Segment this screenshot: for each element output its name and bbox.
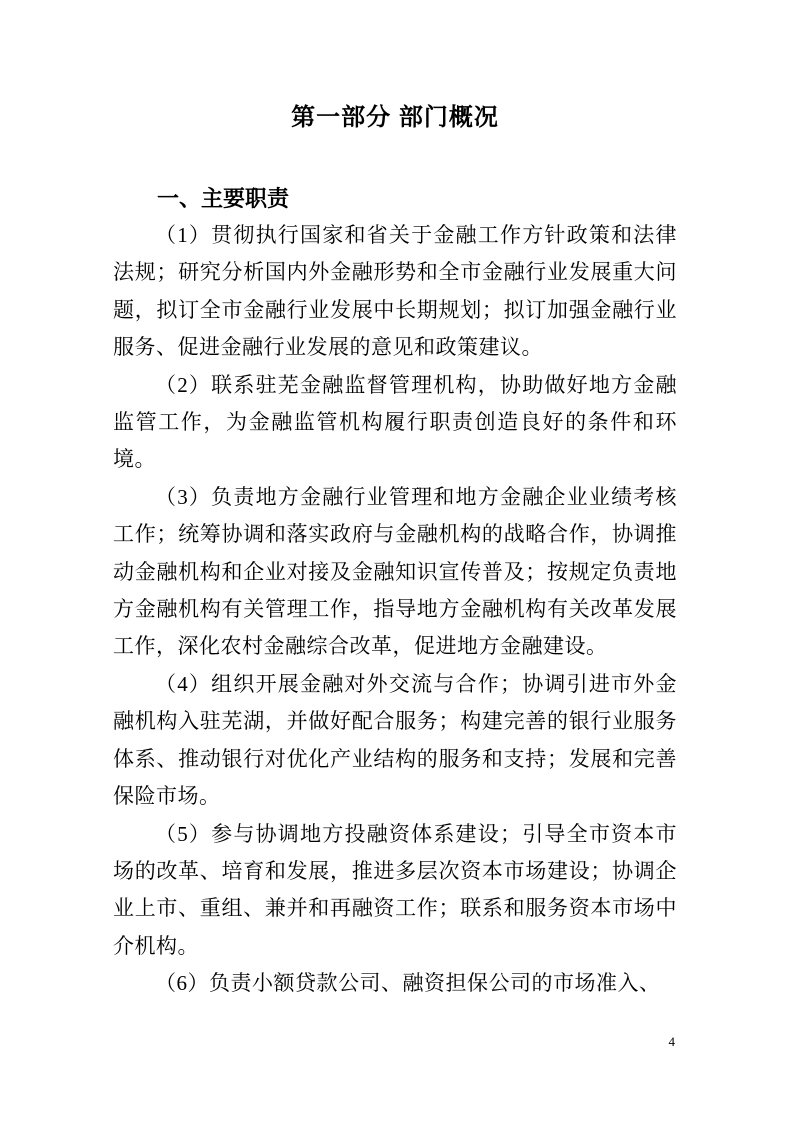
document-content: 第一部分 部门概况 一、主要职责 （1）贯彻执行国家和省关于金融工作方针政策和法…: [0, 0, 793, 1003]
section-heading-main-duties: 一、主要职责: [113, 180, 677, 217]
paragraph-duty-6: （6）负责小额贷款公司、融资担保公司的市场准入、: [113, 965, 677, 1002]
paragraph-duty-1: （1）贯彻执行国家和省关于金融工作方针政策和法律法规；研究分析国内外金融形势和全…: [113, 217, 677, 367]
document-page: 第一部分 部门概况 一、主要职责 （1）贯彻执行国家和省关于金融工作方针政策和法…: [0, 0, 793, 1122]
page-number: 4: [669, 1034, 676, 1050]
document-title: 第一部分 部门概况: [113, 100, 677, 136]
paragraph-duty-4: （4）组织开展金融对外交流与合作；协调引进市外金融机构入驻芜湖，并做好配合服务；…: [113, 666, 677, 816]
paragraph-duty-5: （5）参与协调地方投融资体系建设；引导全市资本市场的改革、培育和发展，推进多层次…: [113, 816, 677, 966]
paragraph-duty-2: （2）联系驻芜金融监督管理机构，协助做好地方金融监管工作，为金融监管机构履行职责…: [113, 367, 677, 479]
paragraph-duty-3: （3）负责地方金融行业管理和地方金融企业业绩考核工作；统筹协调和落实政府与金融机…: [113, 479, 677, 666]
